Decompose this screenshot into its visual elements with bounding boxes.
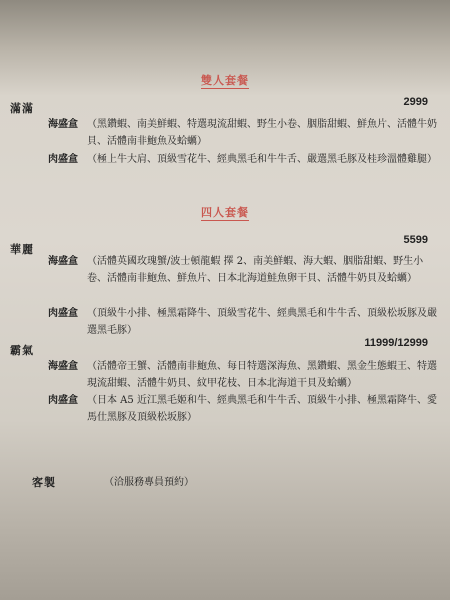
set-price-huali: 5599: [404, 234, 428, 246]
section-heading-four-person: 四人套餐: [0, 204, 450, 220]
item-desc: （活體英國玫瑰蟹/波士頓龍蝦 擇 2、南美鮮蝦、海大蝦、胭脂甜蝦、野生小卷、活體…: [87, 253, 438, 287]
item-label: 肉盛盒: [48, 392, 78, 409]
item-desc: （活體帝王蟹、活體南非鮑魚、每日特選深海魚、黑鑽蝦、黑金生態蝦王、特選現流甜蝦、…: [87, 358, 438, 392]
set-name-huali: 華麗: [10, 241, 34, 257]
item-meat-box: 肉盛盒 （日本 A5 近江黑毛姬和牛、經典黑毛和牛牛舌、頂級牛小排、極黑霜降牛、…: [48, 392, 438, 426]
heading-text: 雙人套餐: [201, 74, 249, 89]
item-desc: （極上牛大肩、頂級雪花牛、經典黑毛和牛牛舌、嚴選黑毛豚及桂珍溫體雞腿）: [87, 151, 438, 168]
item-label: 海盛盒: [48, 253, 78, 270]
item-meat-box: 肉盛盒 （極上牛大肩、頂級雪花牛、經典黑毛和牛牛舌、嚴選黑毛豚及桂珍溫體雞腿）: [48, 151, 438, 168]
item-label: 海盛盒: [48, 116, 78, 133]
item-label: 肉盛盒: [48, 305, 78, 322]
item-seafood-box: 海盛盒 （黑鑽蝦、南美鮮蝦、特選現流甜蝦、野生小卷、胭脂甜蝦、鮮魚片、活體牛奶貝…: [48, 116, 438, 150]
item-seafood-box: 海盛盒 （活體英國玫瑰蟹/波士頓龍蝦 擇 2、南美鮮蝦、海大蝦、胭脂甜蝦、野生小…: [48, 253, 438, 287]
custom-set-note: （洽服務專員預約）: [104, 473, 194, 488]
menu-page: 雙人套餐 滿滿 2999 海盛盒 （黑鑽蝦、南美鮮蝦、特選現流甜蝦、野生小卷、胭…: [0, 0, 450, 600]
section-heading-two-person: 雙人套餐: [0, 72, 450, 88]
item-desc: （日本 A5 近江黑毛姬和牛、經典黑毛和牛牛舌、頂級牛小排、極黑霜降牛、愛馬仕黑…: [87, 392, 438, 426]
item-meat-box: 肉盛盒 （頂級牛小排、極黑霜降牛、頂級雪花牛、經典黑毛和牛牛舌、頂級松坂豚及嚴選…: [48, 305, 438, 339]
item-label: 肉盛盒: [48, 151, 78, 168]
set-name-baqi: 霸氣: [10, 342, 34, 358]
item-desc: （頂級牛小排、極黑霜降牛、頂級雪花牛、經典黑毛和牛牛舌、頂級松坂豚及嚴選黑毛豚）: [87, 305, 438, 339]
set-price-manman: 2999: [404, 96, 428, 108]
item-seafood-box: 海盛盒 （活體帝王蟹、活體南非鮑魚、每日特選深海魚、黑鑽蝦、黑金生態蝦王、特選現…: [48, 358, 438, 392]
item-label: 海盛盒: [48, 358, 78, 375]
custom-set-name: 客製: [32, 474, 56, 490]
set-name-manman: 滿滿: [10, 100, 34, 116]
item-desc: （黑鑽蝦、南美鮮蝦、特選現流甜蝦、野生小卷、胭脂甜蝦、鮮魚片、活體牛奶貝、活體南…: [87, 116, 438, 150]
set-price-baqi: 11999/12999: [364, 337, 428, 349]
heading-text: 四人套餐: [201, 206, 249, 221]
